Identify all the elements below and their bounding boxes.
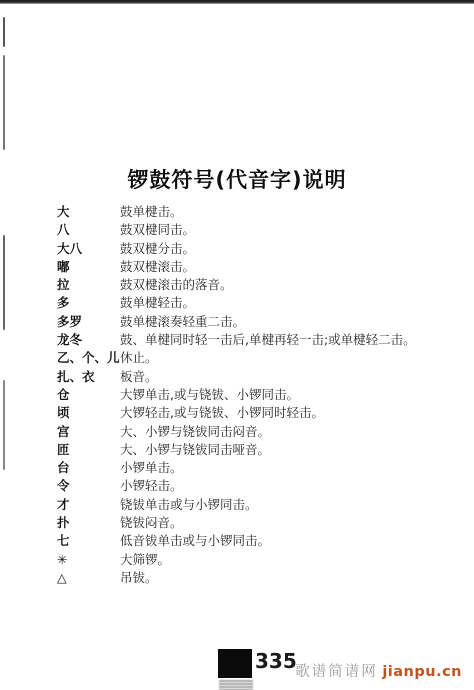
notation-symbol: 台 — [57, 459, 120, 477]
notation-entry-row: 七 低音钹单击或与小锣同击。 — [57, 532, 452, 550]
notation-symbol: 多 — [57, 294, 120, 312]
watermark: 歌谱简谱网 jianpu.cn — [295, 660, 462, 681]
scan-left-edge-artifact — [3, 17, 5, 47]
notation-entry-row: 八 鼓双楗同击。 — [57, 221, 452, 239]
notation-entry-row: 大 鼓单楗击。 — [57, 203, 452, 221]
notation-symbol: 令 — [57, 477, 120, 495]
notation-symbol: 嘟 — [57, 258, 120, 276]
notation-entry-row: 多 鼓单楗轻击。 — [57, 294, 452, 312]
notation-symbol: 才 — [57, 496, 120, 514]
notation-entry-row: 匝 大、小锣与铙钹同击哑音。 — [57, 441, 452, 459]
notation-symbol: 乙、个、儿 — [57, 349, 120, 367]
notation-entry-row: 多罗 鼓单楗滚奏轻重二击。 — [57, 313, 452, 331]
notation-entry-row: 台 小锣单击。 — [57, 459, 452, 477]
notation-list: 大 鼓单楗击。 八 鼓双楗同击。 大八 鼓双楗分击。 嘟 鼓双楗滚击。 拉 鼓双… — [57, 203, 452, 587]
notation-description: 铙钹闷音。 — [120, 514, 452, 532]
notation-symbol: 大八 — [57, 240, 120, 258]
scan-top-edge-artifact — [0, 0, 474, 4]
notation-entry-row: 宫 大、小锣与铙钹同击闷音。 — [57, 423, 452, 441]
scan-left-edge-artifact — [3, 55, 5, 150]
notation-symbol: 七 — [57, 532, 120, 550]
notation-symbol: ✳ — [57, 551, 120, 569]
notation-symbol: 八 — [57, 221, 120, 239]
notation-description: 鼓双楗滚击的落音。 — [120, 276, 452, 294]
notation-entry-row: 大八 鼓双楗分击。 — [57, 240, 452, 258]
notation-symbol: 大 — [57, 203, 120, 221]
notation-description: 吊钹。 — [120, 569, 452, 587]
notation-symbol: 龙冬 — [57, 331, 120, 349]
notation-symbol: 匝 — [57, 441, 120, 459]
notation-symbol: 宫 — [57, 423, 120, 441]
notation-description: 板音。 — [120, 368, 452, 386]
notation-entry-row: 嘟 鼓双楗滚击。 — [57, 258, 452, 276]
scanned-document-page: 锣鼓符号(代音字)说明 大 鼓单楗击。 八 鼓双楗同击。 大八 鼓双楗分击。 嘟… — [0, 0, 474, 690]
notation-entry-row: 扑 铙钹闷音。 — [57, 514, 452, 532]
notation-description: 鼓、单楗同时轻一击后,单楗再轻一击;或单楗轻二击。 — [120, 331, 452, 349]
watermark-site-url: jianpu.cn — [382, 664, 462, 680]
notation-description: 大、小锣与铙钹同击哑音。 — [120, 441, 452, 459]
notation-description: 休止。 — [120, 349, 452, 367]
notation-description: 大锣单击,或与铙钹、小锣同击。 — [120, 386, 452, 404]
page-title: 锣鼓符号(代音字)说明 — [0, 164, 474, 194]
notation-symbol: 拉 — [57, 276, 120, 294]
notation-entry-row: 扎、衣 板音。 — [57, 368, 452, 386]
page-number-black-square — [218, 649, 252, 678]
notation-entry-row: 才 铙钹单击或与小锣同击。 — [57, 496, 452, 514]
scan-left-edge-artifact — [3, 380, 5, 470]
notation-description: 鼓单楗滚奏轻重二击。 — [120, 313, 452, 331]
small-print-artifact — [219, 680, 253, 690]
page-number: 335 — [255, 649, 297, 673]
notation-symbol: 扑 — [57, 514, 120, 532]
notation-entry-row: 龙冬 鼓、单楗同时轻一击后,单楗再轻一击;或单楗轻二击。 — [57, 331, 452, 349]
notation-description: 鼓单楗轻击。 — [120, 294, 452, 312]
notation-description: 大、小锣与铙钹同击闷音。 — [120, 423, 452, 441]
page-footer: 335 歌谱简谱网 jianpu.cn — [0, 644, 474, 690]
notation-symbol: 顷 — [57, 404, 120, 422]
notation-description: 鼓单楗击。 — [120, 203, 452, 221]
notation-symbol: 扎、衣 — [57, 368, 120, 386]
notation-symbol: 仓 — [57, 386, 120, 404]
watermark-site-name: 歌谱简谱网 — [295, 664, 378, 680]
notation-entry-row: ✳ 大筛锣。 — [57, 551, 452, 569]
notation-symbol: 多罗 — [57, 313, 120, 331]
notation-entry-row: 仓 大锣单击,或与铙钹、小锣同击。 — [57, 386, 452, 404]
notation-description: 鼓双楗滚击。 — [120, 258, 452, 276]
notation-description: 鼓双楗同击。 — [120, 221, 452, 239]
notation-entry-row: △ 吊钹。 — [57, 569, 452, 587]
scan-left-edge-artifact — [3, 235, 5, 330]
notation-description: 鼓双楗分击。 — [120, 240, 452, 258]
notation-description: 大锣轻击,或与铙钹、小锣同时轻击。 — [120, 404, 452, 422]
notation-entry-row: 顷 大锣轻击,或与铙钹、小锣同时轻击。 — [57, 404, 452, 422]
notation-description: 铙钹单击或与小锣同击。 — [120, 496, 452, 514]
notation-description: 小锣单击。 — [120, 459, 452, 477]
notation-description: 小锣轻击。 — [120, 477, 452, 495]
notation-description: 大筛锣。 — [120, 551, 452, 569]
notation-description: 低音钹单击或与小锣同击。 — [120, 532, 452, 550]
notation-entry-row: 令 小锣轻击。 — [57, 477, 452, 495]
notation-entry-row: 乙、个、儿 休止。 — [57, 349, 452, 367]
notation-entry-row: 拉 鼓双楗滚击的落音。 — [57, 276, 452, 294]
notation-symbol: △ — [57, 569, 120, 587]
